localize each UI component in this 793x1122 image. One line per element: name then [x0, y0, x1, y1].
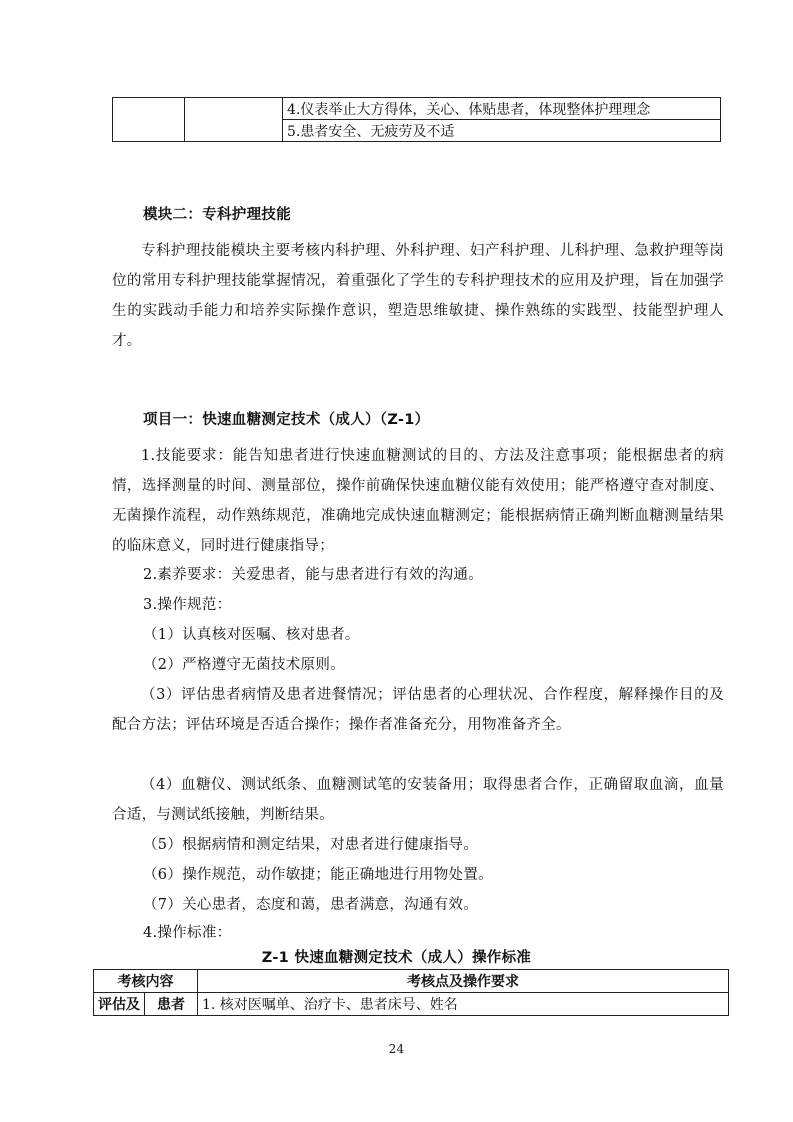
spec-item: （3）评估患者病情及患者进餐情况；评估患者的心理状况、合作程度，解释操作目的及配… — [112, 680, 724, 740]
empty-cell — [113, 98, 185, 142]
standard-title: 4.操作标准： — [143, 918, 231, 948]
quality-requirement: 2.素养要求：关爱患者，能与患者进行有效的沟通。 — [143, 560, 483, 590]
spec-item: （2）严格遵守无菌技术原则。 — [143, 650, 345, 680]
spec-title: 3.操作规范： — [143, 590, 231, 620]
header-requirements: 考核点及操作要求 — [198, 970, 729, 993]
standard-table: 考核内容 考核点及操作要求 评估及 患者 1. 核对医嘱单、治疗卡、患者床号、姓… — [93, 969, 729, 1016]
spec-item: （7）关心患者，态度和蔼，患者满意，沟通有效。 — [143, 890, 478, 920]
empty-cell — [185, 98, 283, 142]
spec-item: （4）血糖仪、测试纸条、血糖测试笔的安装备用；取得患者合作，正确留取血滴，血量合… — [112, 770, 724, 830]
table-row: 5.患者安全、无疲劳及不适 — [283, 120, 721, 142]
table-cell: 1. 核对医嘱单、治疗卡、患者床号、姓名 — [198, 993, 729, 1016]
previous-table-continuation: 4.仪表举止大方得体，关心、体贴患者，体现整体护理理念 5.患者安全、无疲劳及不… — [112, 97, 721, 142]
table-caption: Z-1 快速血糖测定技术（成人）操作标准 — [0, 946, 793, 967]
table-row: 4.仪表举止大方得体，关心、体贴患者，体现整体护理理念 — [283, 98, 721, 120]
spec-item: （6）操作规范，动作敏捷；能正确地进行用物处置。 — [143, 860, 493, 890]
skill-requirement: 1.技能要求：能告知患者进行快速血糖测试的目的、方法及注意事项；能根据患者的病情… — [112, 441, 724, 561]
table-cell: 患者 — [145, 993, 198, 1016]
spec-item: （1）认真核对医嘱、核对患者。 — [143, 620, 360, 650]
page-number: 24 — [0, 1042, 793, 1056]
table-cell: 评估及 — [94, 993, 145, 1016]
module-heading: 模块二：专科护理技能 — [143, 203, 291, 224]
header-content: 考核内容 — [94, 970, 198, 993]
spec-item: （5）根据病情和测定结果，对患者进行健康指导。 — [143, 830, 478, 860]
project-heading: 项目一：快速血糖测定技术（成人）（Z-1） — [143, 408, 429, 429]
module-intro: 专科护理技能模块主要考核内科护理、外科护理、妇产科护理、儿科护理、急救护理等岗位… — [112, 236, 724, 356]
